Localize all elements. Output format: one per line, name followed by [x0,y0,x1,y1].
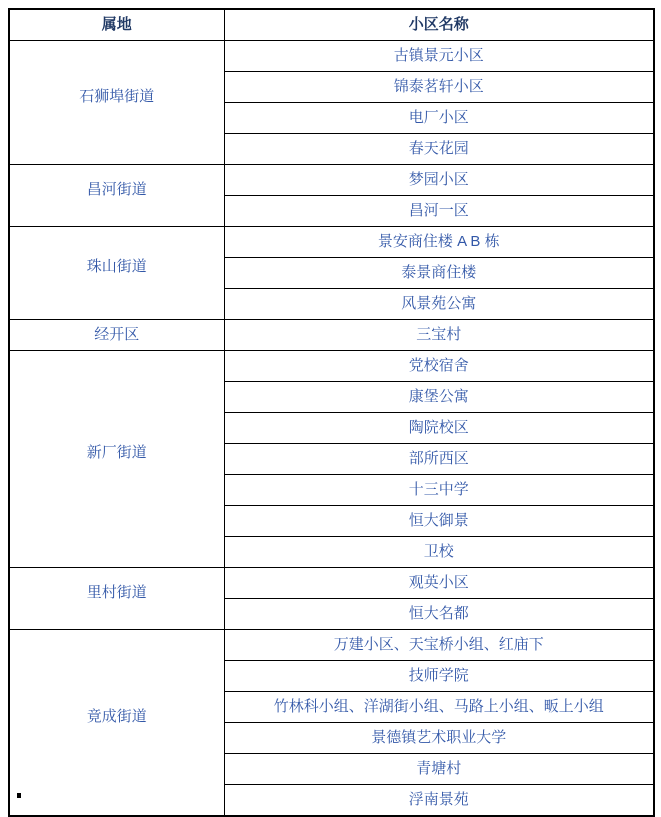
stray-mark [17,793,21,798]
community-cell: 陶院校区 [224,413,654,444]
community-cell: 昌河一区 [224,196,654,227]
community-cell: 春天花园 [224,134,654,165]
community-table: 属地 小区名称 石狮埠街道古镇景元小区锦泰茗轩小区电厂小区春天花园昌河街道梦园小… [8,8,655,800]
community-cell: 十三中学 [224,475,654,506]
community-cell: 锦泰茗轩小区 [224,72,654,103]
community-cell: 卫校 [224,537,654,568]
table-row: 珠山街道景安商住楼 A B 栋 [9,227,654,258]
community-cell: 技师学院 [224,661,654,692]
community-cell: 观英小区 [224,568,654,599]
table-row: 竟成街道万建小区、天宝桥小组、红庙下 [9,630,654,661]
community-cell: 浮南景苑 [224,785,654,801]
community-cell: 景安商住楼 A B 栋 [224,227,654,258]
community-cell: 恒大御景 [224,506,654,537]
community-cell: 青塘村 [224,754,654,785]
table-row: 昌河街道梦园小区 [9,165,654,196]
community-cell: 万建小区、天宝桥小组、红庙下 [224,630,654,661]
community-cell: 风景苑公寓 [224,289,654,320]
table-row: 新厂街道党校宿舍 [9,351,654,382]
community-cell: 竹林科小组、洋湖街小组、马路上小组、畈上小组 [224,692,654,723]
community-cell: 梦园小区 [224,165,654,196]
district-cell: 石狮埠街道 [9,41,224,165]
district-cell: 里村街道 [9,568,224,630]
community-cell: 电厂小区 [224,103,654,134]
district-cell: 经开区 [9,320,224,351]
community-cell: 景德镇艺术职业大学 [224,723,654,754]
community-cell: 三宝村 [224,320,654,351]
header-row: 属地 小区名称 [9,9,654,41]
community-cell: 康堡公寓 [224,382,654,413]
community-cell: 古镇景元小区 [224,41,654,72]
district-cell: 珠山街道 [9,227,224,320]
community-cell: 党校宿舍 [224,351,654,382]
community-cell: 恒大名都 [224,599,654,630]
table-body: 石狮埠街道古镇景元小区锦泰茗轩小区电厂小区春天花园昌河街道梦园小区昌河一区珠山街… [9,41,654,801]
community-cell: 部所西区 [224,444,654,475]
table-row: 经开区三宝村 [9,320,654,351]
district-cell: 昌河街道 [9,165,224,227]
table-row: 里村街道观英小区 [9,568,654,599]
district-cell: 新厂街道 [9,351,224,568]
district-cell: 竟成街道 [9,630,224,801]
column-header-district: 属地 [9,9,224,41]
community-cell: 泰景商住楼 [224,258,654,289]
column-header-community: 小区名称 [224,9,654,41]
table-row: 石狮埠街道古镇景元小区 [9,41,654,72]
document-page: 属地 小区名称 石狮埠街道古镇景元小区锦泰茗轩小区电厂小区春天花园昌河街道梦园小… [8,8,655,800]
